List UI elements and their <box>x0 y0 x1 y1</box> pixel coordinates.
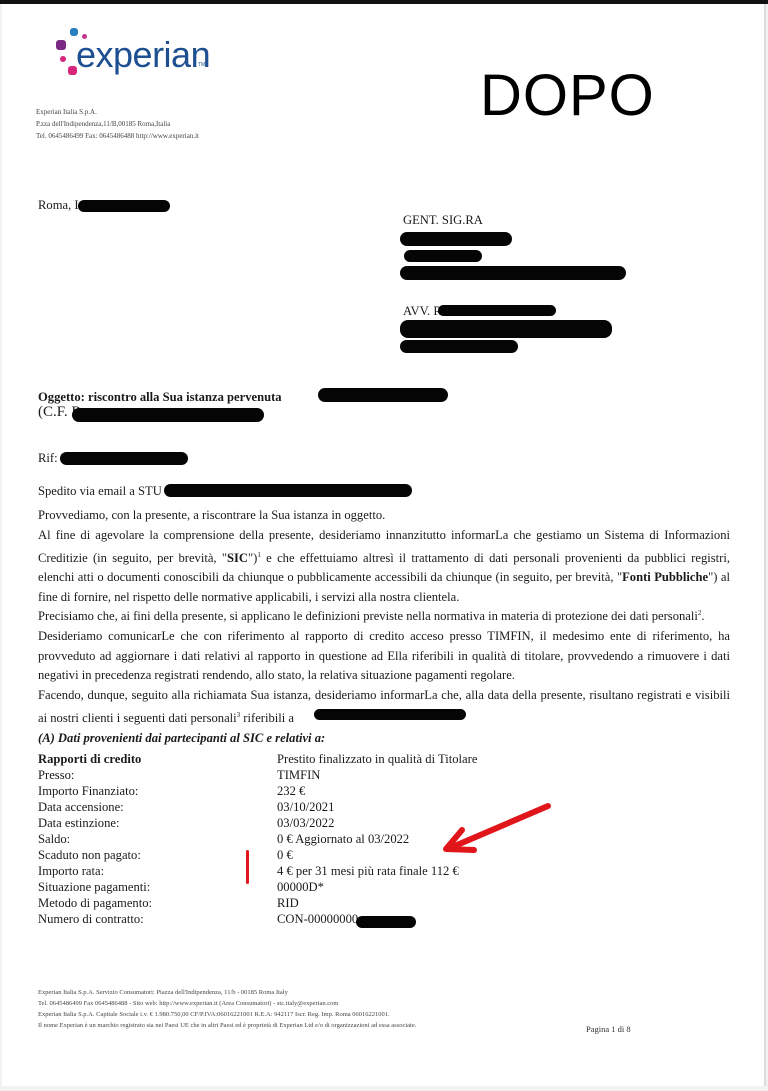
table-row: Importo rata: 4 € per 31 mesi più rata f… <box>38 864 518 879</box>
table-row: Presso: TIMFIN <box>38 768 518 783</box>
redaction-email <box>164 484 412 497</box>
dopo-stamp: DOPO <box>480 62 655 129</box>
logo-trademark: TM <box>198 62 205 68</box>
row-value: CON-00000000 <box>277 912 358 927</box>
row-value: TIMFIN <box>277 768 320 783</box>
row-value: 00000D* <box>277 880 324 895</box>
row-label: Importo rata: <box>38 864 104 879</box>
red-marker-line <box>246 850 249 884</box>
document-page: experian TM DOPO Experian Italia S.p.A. … <box>2 4 766 1086</box>
term-fonti-pubbliche: Fonti Pubbliche <box>622 570 708 584</box>
paragraph-intro: Provvediamo, con la presente, a riscontr… <box>38 506 730 526</box>
redaction-lawyer-name <box>438 305 556 316</box>
row-label: Presso: <box>38 768 74 783</box>
red-arrow-icon <box>436 800 556 860</box>
redaction-subject-date <box>318 388 448 402</box>
p5-text-b: riferibili a <box>240 711 294 725</box>
lawyer-title: AVV. R <box>403 302 442 320</box>
redaction-contract-number <box>356 916 416 928</box>
redaction-name <box>314 709 466 720</box>
table-row: Situazione pagamenti: 00000D* <box>38 880 518 895</box>
redaction-cf <box>72 408 264 422</box>
logo-dot-purple <box>56 40 66 50</box>
row-label: Saldo: <box>38 832 70 847</box>
sender-contacts: Tel. 0645486499 Fax: 0645486488 http://w… <box>36 132 199 140</box>
section-a-heading: (A) Dati provenienti dai partecipanti al… <box>38 729 325 747</box>
row-value: 03/03/2022 <box>277 816 334 831</box>
experian-logo: experian TM <box>54 28 214 84</box>
p2-text-b: ") <box>248 551 257 565</box>
redaction-recipient-address <box>400 266 626 280</box>
redaction-reference <box>60 452 188 465</box>
row-value: Prestito finalizzato in qualità di Titol… <box>277 752 477 767</box>
sent-via-email: Spedito via email a STU <box>38 482 162 500</box>
paragraph-definitions: Precisiamo che, ai fini della presente, … <box>38 604 730 627</box>
paragraph-timfin-update: Desideriamo comunicarLe che con riferime… <box>38 627 730 686</box>
footer-line-4: Il nome Experian è un marchio registrato… <box>38 1021 416 1032</box>
table-row: Importo Finanziato: 232 € <box>38 784 518 799</box>
table-row: Rapporti di credito Prestito finalizzato… <box>38 752 518 767</box>
logo-dot-magenta <box>60 56 66 62</box>
row-label: Metodo di pagamento: <box>38 896 152 911</box>
recipient-title: GENT. SIG.RA <box>403 211 483 229</box>
redaction-lawyer-line2 <box>400 320 612 338</box>
row-value: 4 € per 31 mesi più rata finale 112 € <box>277 864 459 879</box>
sender-address: P.zza dell'Indipendenza,11/B,00185 Roma,… <box>36 120 170 128</box>
row-value: 0 € <box>277 848 293 863</box>
paragraph-sic: Al fine di agevolare la comprensione del… <box>38 526 730 607</box>
row-label: Data accensione: <box>38 800 124 815</box>
row-value: 0 € Aggiornato al 03/2022 <box>277 832 409 847</box>
p3-end: . <box>701 609 704 623</box>
place-date: Roma, I <box>38 196 79 214</box>
p3-text: Precisiamo che, ai fini della presente, … <box>38 609 698 623</box>
redaction-recipient-name <box>400 232 512 246</box>
redaction-recipient-line2 <box>404 250 482 262</box>
row-label: Scaduto non pagato: <box>38 848 141 863</box>
paragraph-registered-data: Facendo, dunque, seguito alla richiamata… <box>38 686 730 728</box>
sender-company: Experian Italia S.p.A. <box>36 108 97 116</box>
logo-wordmark: experian <box>76 34 210 76</box>
row-label: Data estinzione: <box>38 816 119 831</box>
redaction-date <box>78 200 170 212</box>
row-label: Situazione pagamenti: <box>38 880 150 895</box>
page-number: Pagina 1 di 8 <box>586 1024 631 1034</box>
footer-line-1: Experian Italia S.p.A. Servizio Consumat… <box>38 988 288 999</box>
table-row: Metodo di pagamento: RID <box>38 896 518 911</box>
row-label: Rapporti di credito <box>38 752 141 767</box>
table-row: Numero di contratto: CON-00000000 <box>38 912 518 927</box>
row-value: RID <box>277 896 299 911</box>
footer-line-3: Experian Italia S.p.A. Capitale Sociale … <box>38 1010 390 1021</box>
row-label: Importo Finanziato: <box>38 784 138 799</box>
term-sic: SIC <box>227 551 248 565</box>
row-label: Numero di contratto: <box>38 912 144 927</box>
row-value: 03/10/2021 <box>277 800 334 815</box>
row-value: 232 € <box>277 784 305 799</box>
redaction-lawyer-line3 <box>400 340 518 353</box>
footer-line-2: Tel. 0645486499 Fax 0645486488 - Sito we… <box>38 999 338 1010</box>
